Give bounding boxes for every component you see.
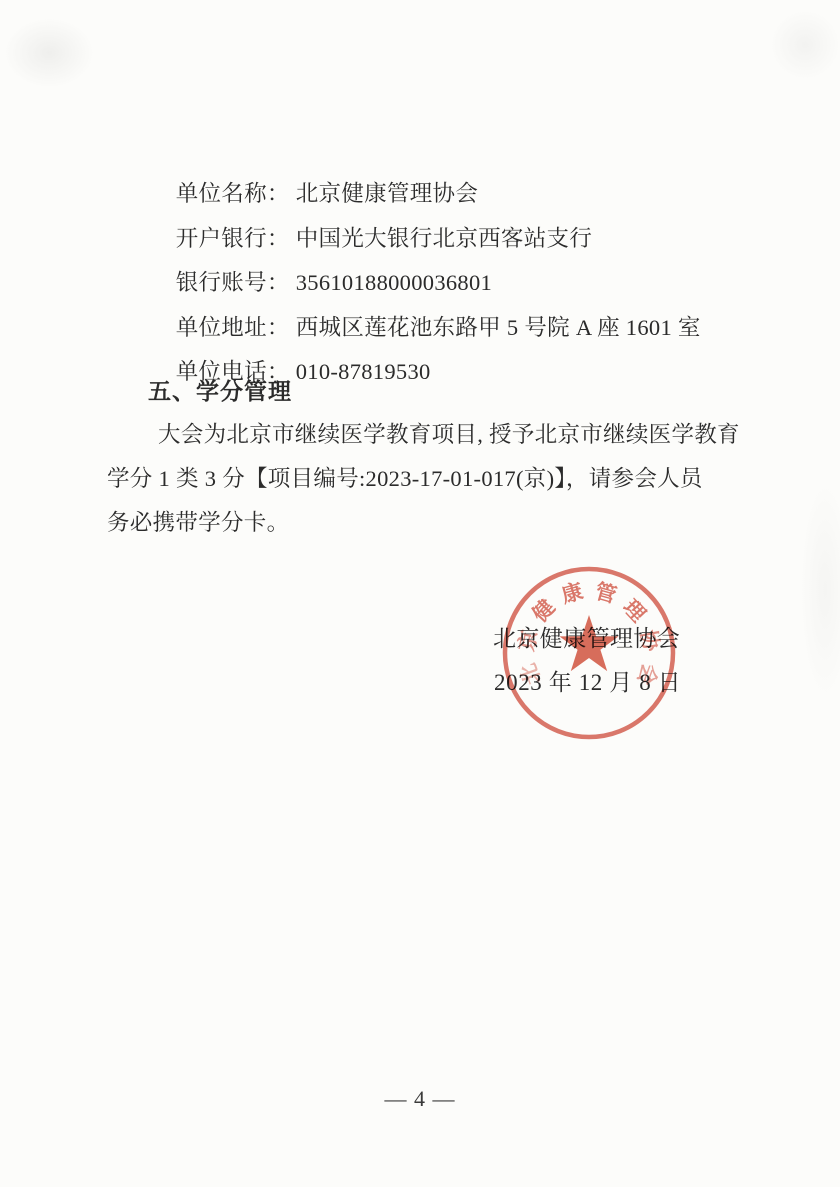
seal-arc-char: 健: [527, 595, 560, 627]
official-seal-stamp: 北 京 健 康 管 理 协 会: [478, 542, 700, 764]
scan-artifact: [800, 480, 840, 700]
seal-arc-char: 康: [559, 579, 586, 608]
signature-date: 2023 年 12 月 8 日: [494, 671, 681, 695]
paragraph-line: 大会为北京市继续医学教育项目, 授予北京市继续医学教育: [158, 423, 740, 447]
seal-arc-char: 管: [592, 579, 619, 608]
seal-ring: [505, 569, 673, 737]
seal-arc-char: 理: [618, 595, 651, 627]
paragraph-line: 务必携带学分卡。: [107, 511, 289, 535]
paragraph-line: 学分 1 类 3 分【项目编号:2023-17-01-017(京)】，请参会人员: [107, 467, 703, 491]
document-page: 单位名称：北京健康管理协会 开户银行：中国光大银行北京西客站支行 银行账号：35…: [0, 0, 840, 1187]
section-heading: 五、学分管理: [148, 380, 292, 404]
info-value: 010-87819530: [296, 359, 431, 384]
scan-artifact: [4, 18, 94, 88]
scan-artifact: [770, 10, 840, 80]
page-number: — 4 —: [0, 1086, 840, 1112]
signature-organization: 北京健康管理协会: [493, 627, 680, 651]
